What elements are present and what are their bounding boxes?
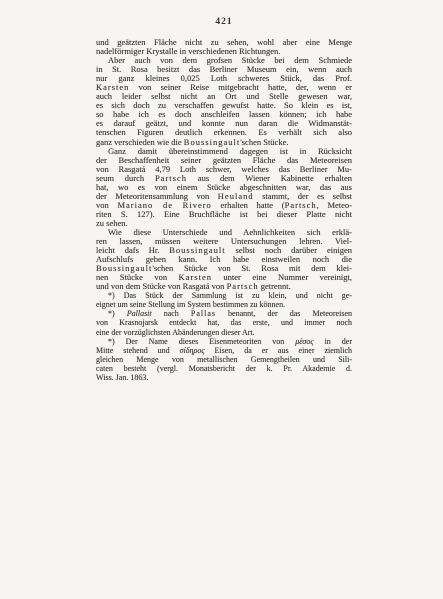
footnote: *) Das Stück der Sammlung ist zu klein, …: [96, 291, 352, 309]
text-line: und von dem Stücke von Rasgatá von Parts…: [96, 282, 352, 291]
text-column: und geätzten Fläche nicht zu sehen, wohl…: [96, 38, 352, 382]
footnote-section: *) Das Stück der Sammlung ist zu klein, …: [96, 291, 352, 381]
footnote-line: caten besteht (vergl. Monatsbericht der …: [96, 364, 352, 373]
text-segment: und von dem Stücke von Rasgatá von: [96, 281, 227, 291]
footnote-line: gleichen Menge von metallischen Gemength…: [96, 355, 352, 364]
footnote-line: eignet um seine Stellung im System besti…: [96, 300, 352, 309]
footnote-line: *) Das Stück der Sammlung ist zu klein, …: [96, 291, 352, 300]
main-text: und geätzten Fläche nicht zu sehen, wohl…: [96, 38, 352, 291]
text-segment: *) Der Name dieses Eisenmeteoriten von: [108, 337, 295, 346]
paragraph: Wie diese Unterschiede und Aehnlichkeite…: [96, 228, 352, 291]
footnote-line: eine der vorzüglichsten Abänderungen die…: [96, 328, 352, 337]
person-name: Pallas: [191, 309, 216, 318]
footnote-line: Mitte stehend und σίδηρος Eisen, da er a…: [96, 346, 352, 355]
text-segment: *) Das Stück der Sammlung ist zu klein, …: [108, 291, 352, 300]
text-segment: *): [108, 309, 127, 318]
footnote: *) Pallasit nach Pallas benannt, der das…: [96, 309, 352, 336]
footnote-line: *) Pallasit nach Pallas benannt, der das…: [96, 309, 352, 318]
text-segment: Eisen, da er aus einer ziemlich: [205, 346, 352, 355]
term-italic: Pallasit: [127, 309, 152, 318]
paragraph: Aber auch von dem grofsen Stücke bei dem…: [96, 56, 352, 146]
paragraph: und geätzten Fläche nicht zu sehen, wohl…: [96, 38, 352, 56]
text-segment: getrennt.: [259, 281, 291, 291]
text-segment: benannt, der das Meteoreisen: [216, 309, 352, 318]
text-segment: caten besteht (vergl. Monatsbericht der …: [96, 364, 352, 373]
text-segment: riten S. 127). Eine Bruchfläche ist bei …: [96, 209, 352, 219]
text-segment: Wiss. Jan. 1863.: [96, 373, 148, 382]
text-segment: eignet um seine Stellung im System besti…: [96, 300, 285, 309]
scanned-book-page: 421 und geätzten Fläche nicht zu sehen, …: [0, 0, 443, 599]
footnote-line: *) Der Name dieses Eisenmeteoriten von μ…: [96, 337, 352, 346]
text-segment: Mitte stehend und: [96, 346, 180, 355]
text-segment: von Krasnojarsk entdeckt hat, das erste,…: [96, 318, 352, 327]
text-segment: in der: [314, 337, 352, 346]
page-number: 421: [96, 17, 352, 27]
text-segment: nach: [152, 309, 191, 318]
text-line: riten S. 127). Eine Bruchfläche ist bei …: [96, 210, 352, 219]
footnote: *) Der Name dieses Eisenmeteoriten von μ…: [96, 337, 352, 382]
person-name: Partsch: [227, 281, 259, 291]
text-segment: gleichen Menge von metallischen Gemength…: [96, 355, 352, 364]
text-segment: eine der vorzüglichsten Abänderungen die…: [96, 328, 255, 337]
footnote-line: von Krasnojarsk entdeckt hat, das erste,…: [96, 318, 352, 327]
footnote-line: Wiss. Jan. 1863.: [96, 373, 352, 382]
paragraph: Ganz damit übereinstimmend dagegen ist i…: [96, 147, 352, 228]
term-italic: μέσος: [295, 337, 313, 346]
term-italic: σίδηρος: [180, 346, 205, 355]
